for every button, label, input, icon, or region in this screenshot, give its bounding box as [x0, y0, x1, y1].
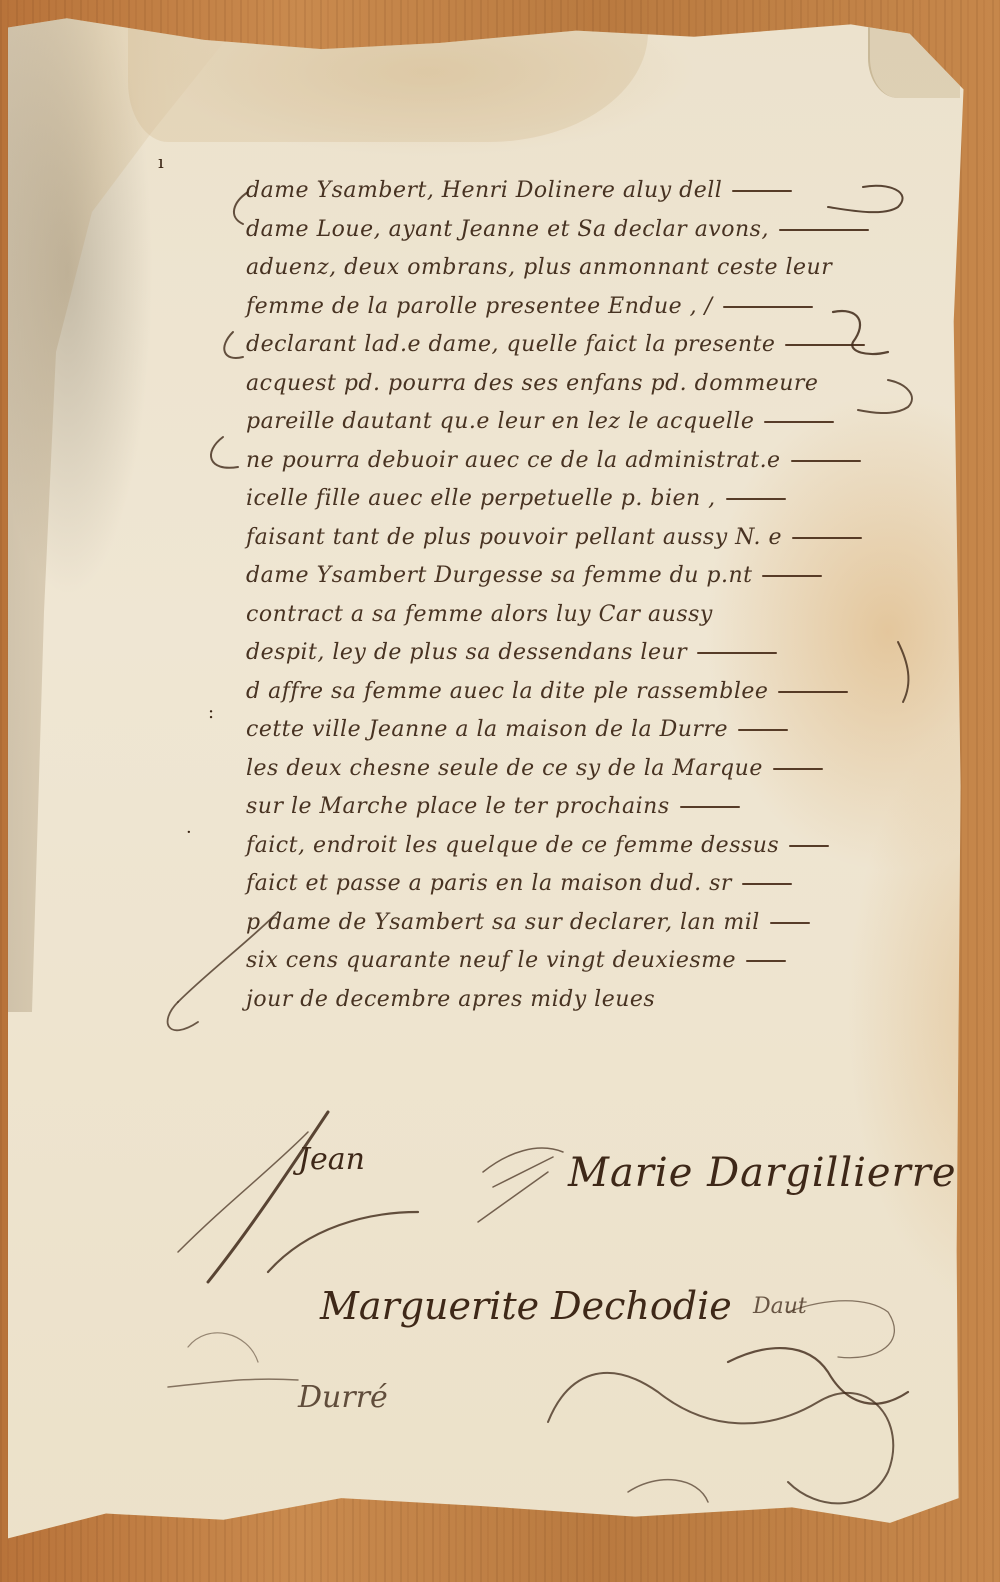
manuscript-page: ı : · dame Ysambert, Henri Dolinere aluy…: [8, 12, 988, 1560]
signature-flourishes: [8, 12, 988, 1560]
